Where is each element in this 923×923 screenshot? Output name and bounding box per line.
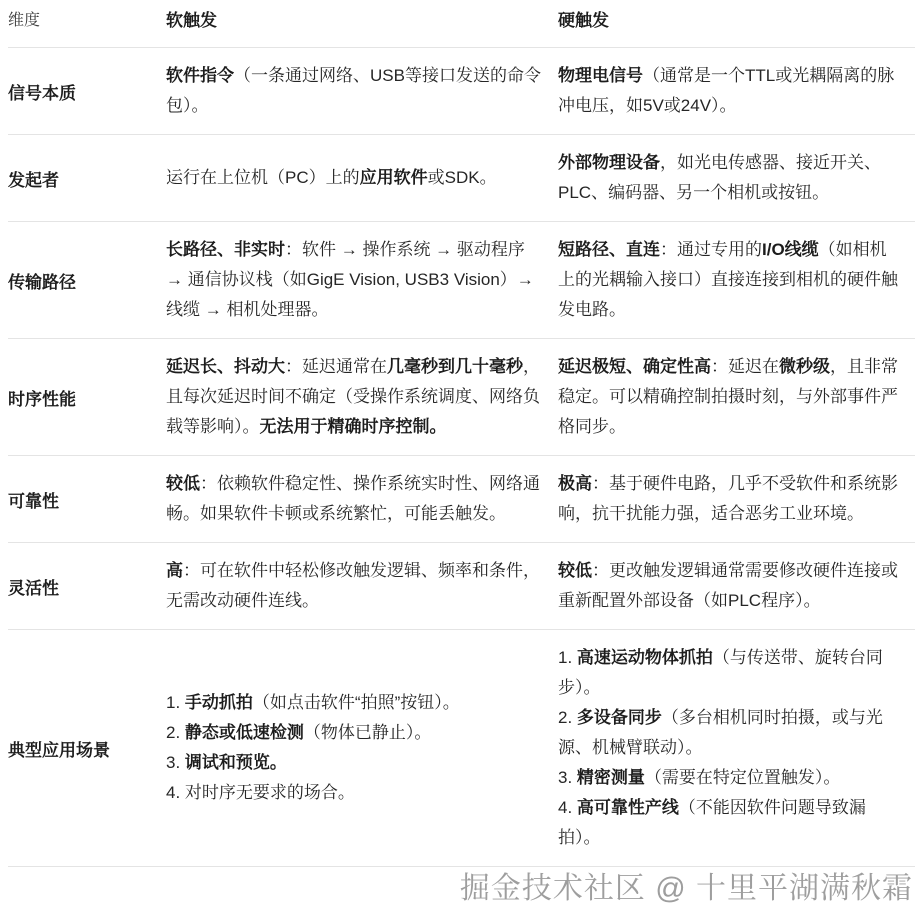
header-row: 维度 软触发 硬触发 (8, 0, 915, 48)
bold-text: 高可靠性产线 (577, 798, 679, 817)
text: 运行在上位机（PC）上的 (166, 168, 360, 187)
bold-text: 较低 (166, 474, 200, 493)
text: ：通过专用的 (660, 240, 762, 259)
bold-text: 外部物理设备 (558, 153, 660, 172)
table-row: 典型应用场景 1. 手动抓拍（如点击软件“拍照”按钮）。2. 静态或低速检测（物… (8, 630, 915, 867)
hard-trigger-cell: 外部物理设备，如光电传感器、接近开关、PLC、编码器、另一个相机或按钮。 (558, 135, 915, 222)
table-row: 信号本质 软件指令（一条通过网络、USB等接口发送的命令包）。 物理电信号（通常… (8, 48, 915, 135)
bold-text: 物理电信号 (558, 66, 643, 85)
dimension-label: 时序性能 (8, 339, 166, 456)
bold-text: 静态或低速检测 (185, 723, 304, 742)
bold-text: 手动抓拍 (185, 693, 253, 712)
text: （物体已静止）。 (304, 723, 432, 742)
bold-text: 应用软件 (360, 168, 428, 187)
soft-trigger-cell: 1. 手动抓拍（如点击软件“拍照”按钮）。2. 静态或低速检测（物体已静止）。3… (166, 630, 558, 867)
dimension-label: 传输路径 (8, 222, 166, 339)
table-row: 时序性能 延迟长、抖动大：延迟通常在几毫秒到几十毫秒，且每次延迟时间不确定（受操… (8, 339, 915, 456)
col-header-hard-trigger: 硬触发 (558, 0, 915, 48)
bold-text: 调试和预览。 (185, 753, 287, 772)
text: ：可在软件中轻松修改触发逻辑、频率和条件，无需改动硬件连线。 (166, 561, 540, 610)
col-header-dimension: 维度 (8, 0, 166, 48)
dimension-label: 信号本质 (8, 48, 166, 135)
hard-trigger-cell: 1. 高速运动物体抓拍（与传送带、旋转台同步）。2. 多设备同步（多台相机同时拍… (558, 630, 915, 867)
hard-trigger-cell: 物理电信号（通常是一个TTL或光耦隔离的脉冲电压，如5V或24V）。 (558, 48, 915, 135)
text: （如点击软件“拍照”按钮）。 (253, 693, 460, 712)
hard-trigger-cell: 较低：更改触发逻辑通常需要修改硬件连接或重新配置外部设备（如PLC程序）。 (558, 543, 915, 630)
dimension-label: 可靠性 (8, 456, 166, 543)
text: 3. (166, 753, 185, 772)
dimension-label: 灵活性 (8, 543, 166, 630)
watermark: 掘金技术社区 @ 十里平湖满秋霜 (460, 873, 913, 905)
table-body: 信号本质 软件指令（一条通过网络、USB等接口发送的命令包）。 物理电信号（通常… (8, 48, 915, 867)
text: 4. (558, 798, 577, 817)
bold-text: 精密测量 (577, 768, 645, 787)
text: ：延迟通常在 (285, 357, 387, 376)
soft-trigger-cell: 较低：依赖软件稳定性、操作系统实时性、网络通畅。如果软件卡顿或系统繁忙，可能丢触… (166, 456, 558, 543)
text: 1. (166, 693, 185, 712)
soft-trigger-cell: 高：可在软件中轻松修改触发逻辑、频率和条件，无需改动硬件连线。 (166, 543, 558, 630)
soft-trigger-cell: 长路径、非实时：软件 → 操作系统 → 驱动程序 → 通信协议栈（如GigE V… (166, 222, 558, 339)
text: 2. (166, 723, 185, 742)
text: 或SDK。 (428, 168, 497, 187)
bold-text: 长路径、非实时 (166, 240, 285, 259)
text: 1. (558, 648, 577, 667)
bold-text: 延迟长、抖动大 (166, 357, 285, 376)
dimension-label: 典型应用场景 (8, 630, 166, 867)
hard-trigger-cell: 延迟极短、确定性高：延迟在微秒级，且非常稳定。可以精确控制拍摄时刻，与外部事件严… (558, 339, 915, 456)
table-header: 维度 软触发 硬触发 (8, 0, 915, 48)
text: （需要在特定位置触发）。 (645, 768, 841, 787)
bold-text: 短路径、直连 (558, 240, 660, 259)
bold-text: 极高 (558, 474, 592, 493)
bold-text: 微秒级 (779, 357, 830, 376)
table-row: 发起者 运行在上位机（PC）上的应用软件或SDK。 外部物理设备，如光电传感器、… (8, 135, 915, 222)
hard-trigger-cell: 短路径、直连：通过专用的I/O线缆（如相机上的光耦输入接口）直接连接到相机的硬件… (558, 222, 915, 339)
bold-text: 软件指令 (166, 66, 234, 85)
table-row: 传输路径 长路径、非实时：软件 → 操作系统 → 驱动程序 → 通信协议栈（如G… (8, 222, 915, 339)
trigger-comparison-table: 维度 软触发 硬触发 信号本质 软件指令（一条通过网络、USB等接口发送的命令包… (8, 0, 915, 867)
table-row: 灵活性 高：可在软件中轻松修改触发逻辑、频率和条件，无需改动硬件连线。 较低：更… (8, 543, 915, 630)
text: 3. (558, 768, 577, 787)
bold-text: 几毫秒到几十毫秒 (387, 357, 523, 376)
text: ：基于硬件电路，几乎不受软件和系统影响，抗干扰能力强，适合恶劣工业环境。 (558, 474, 898, 523)
text: 4. 对时序无要求的场合。 (166, 783, 355, 802)
table-row: 可靠性 较低：依赖软件稳定性、操作系统实时性、网络通畅。如果软件卡顿或系统繁忙，… (8, 456, 915, 543)
bold-text: 延迟极短、确定性高 (558, 357, 711, 376)
bold-text: 高速运动物体抓拍 (577, 648, 713, 667)
text: ：更改触发逻辑通常需要修改硬件连接或重新配置外部设备（如PLC程序）。 (558, 561, 898, 610)
bold-text: 高 (166, 561, 183, 580)
dimension-label: 发起者 (8, 135, 166, 222)
text: ：依赖软件稳定性、操作系统实时性、网络通畅。如果软件卡顿或系统繁忙，可能丢触发。 (166, 474, 540, 523)
bold-text: 无法用于精确时序控制。 (260, 417, 447, 436)
soft-trigger-cell: 运行在上位机（PC）上的应用软件或SDK。 (166, 135, 558, 222)
bold-text: 较低 (558, 561, 592, 580)
text: 2. (558, 708, 577, 727)
col-header-soft-trigger: 软触发 (166, 0, 558, 48)
bold-text: I/O线缆 (762, 240, 819, 259)
text: ：延迟在 (711, 357, 779, 376)
hard-trigger-cell: 极高：基于硬件电路，几乎不受软件和系统影响，抗干扰能力强，适合恶劣工业环境。 (558, 456, 915, 543)
comparison-page: 维度 软触发 硬触发 信号本质 软件指令（一条通过网络、USB等接口发送的命令包… (0, 0, 923, 923)
bold-text: 多设备同步 (577, 708, 662, 727)
soft-trigger-cell: 延迟长、抖动大：延迟通常在几毫秒到几十毫秒，且每次延迟时间不确定（受操作系统调度… (166, 339, 558, 456)
soft-trigger-cell: 软件指令（一条通过网络、USB等接口发送的命令包）。 (166, 48, 558, 135)
